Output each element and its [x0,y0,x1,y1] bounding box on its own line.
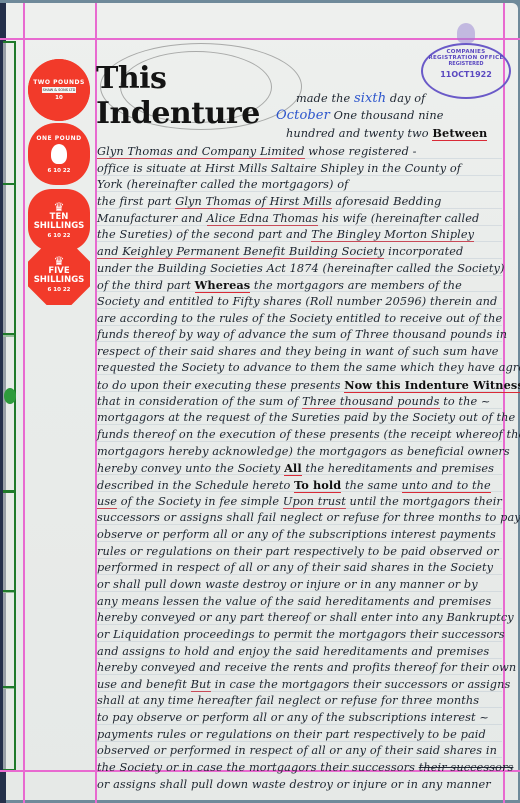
text-span: Glyn Thomas and Company Limited [97,145,305,159]
text-span: observe or perform all or any of the sub… [97,528,496,541]
indenture-page: TWO POUNDS SHAW & SONS LTD 10 ONE POUND … [0,3,518,800]
text-span: October [276,108,330,123]
text-line: of the third part Whereas the mortgagors… [97,278,462,292]
ruled-line [96,724,502,725]
text-line: Society and entitled to Fifty shares (Ro… [97,295,497,308]
margin-rule [23,3,25,800]
text-span: the Sureties) of the second part and [97,228,311,241]
ruled-line [96,374,502,375]
text-span: to pay observe or perform all or any of … [97,711,489,724]
text-span: performed in respect of all or any of th… [97,561,493,574]
text-span: Three thousand pounds [302,395,439,409]
ruled-line [96,441,502,442]
text-line: or shall pull down waste destroy or inju… [97,578,478,591]
ruled-line [96,408,502,409]
ruled-line [96,641,502,642]
text-line: requested the Society to advance to them… [97,361,520,374]
ruled-line [96,624,502,625]
text-line: October One thousand nine [276,108,444,123]
text-span: Society and entitled to Fifty shares (Ro… [97,295,497,308]
text-span: the Society or in case the mortgagors th… [97,761,419,774]
text-span: to the ~ [440,395,491,408]
text-line: or Liquidation proceedings to permit the… [97,628,505,641]
text-span: funds thereof on the execution of these … [97,428,520,441]
text-span: hundred and twenty two [286,127,432,140]
ruled-line [96,191,502,192]
text-span: under the Building Societies Act 1874 (h… [97,262,505,275]
text-span: respect of their said shares and they be… [97,345,499,358]
ruled-line [96,341,502,342]
text-line: rules or regulations on their part respe… [97,545,499,558]
text-line: or assigns shall pull down waste destroy… [97,778,491,791]
text-span: in case the mortgagors their successors … [211,678,510,691]
text-span: mortgagors hereby acknowledge) the mortg… [97,445,510,458]
text-span: hereby conveyed and receive the rents an… [97,661,516,674]
ruled-line [96,241,502,242]
ruled-line [96,691,502,692]
text-span: and Keighley Permanent Benefit Building … [97,245,384,259]
text-line: and assigns to hold and enjoy the said h… [97,645,489,658]
text-line: funds thereof by way of advance the sum … [97,328,507,341]
text-span: York (hereinafter called the mortgagors)… [97,178,348,191]
ruled-line [96,158,502,159]
ruled-line [96,458,502,459]
ruled-line [96,674,502,675]
ruled-line [96,757,502,758]
text-line: any means lessen the value of the said h… [97,595,491,608]
text-span: until the mortgagors their [346,495,502,508]
text-span: requested the Society to advance to them… [97,361,520,374]
ruled-line [96,308,502,309]
text-span: successors or assigns shall fail neglect… [97,511,520,524]
text-span: The Bingley Morton Shipley [311,228,474,242]
text-line: York (hereinafter called the mortgagors)… [97,178,348,191]
text-span: his wife (hereinafter called [318,212,479,225]
text-line: are according to the rules of the Societ… [97,312,502,325]
ruled-line [96,558,502,559]
text-line: hundred and twenty two Between [286,126,487,140]
text-line: shall at any time hereafter fail neglect… [97,694,479,707]
revenue-stamp-five-shillings: ♛ FIVE SHILLINGS 6 10 22 [28,243,90,305]
text-span: rules or regulations on their part respe… [97,545,499,558]
text-span: use and benefit [97,678,191,691]
text-span: of the Society in fee simple [117,495,283,508]
text-span: whose registered - [305,145,417,158]
text-span: mortgagors at the request of the Suretie… [97,411,515,424]
text-line: Manufacturer and Alice Edna Thomas his w… [97,212,479,225]
text-line: described in the Schedule hereto To hold… [97,478,491,492]
text-span: Upon trust [283,495,346,509]
text-span: Glyn Thomas of Hirst Mills [175,195,332,209]
text-span: or shall pull down waste destroy or inju… [97,578,478,591]
text-line: hereby conveyed and receive the rents an… [97,661,516,674]
binding-tape [3,333,16,492]
ruled-line [96,707,502,708]
text-span: made the [296,92,354,105]
text-line: payments rules or regulations on their p… [97,728,486,741]
margin-rule [0,38,520,40]
text-span: Manufacturer and [97,212,207,225]
text-line: made the sixth day of [296,91,425,106]
registration-stamp: COMPANIES REGISTRATION OFFICE REGISTERED… [421,43,511,99]
binding-tape [3,183,16,337]
text-line: respect of their said shares and they be… [97,345,499,358]
ruled-line [96,225,502,226]
ruled-line [96,275,502,276]
ruled-line [96,391,502,392]
revenue-stamp-ten-shillings: ♛ TEN SHILLINGS 6 10 22 [28,189,90,251]
binding-tape [3,491,16,593]
ruled-line [96,574,502,575]
text-span: are according to the rules of the Societ… [97,312,502,325]
text-span: the first part [97,195,175,208]
text-line: to do upon their executing these present… [97,378,520,392]
binding-tape [3,41,16,185]
ruled-line [96,208,502,209]
ruled-line [96,508,502,509]
revenue-stamp-one-pound: ONE POUND 6 10 22 [28,123,90,185]
text-span: shall at any time hereafter fail neglect… [97,694,479,707]
text-span: and assigns to hold and enjoy the said h… [97,645,489,658]
text-line: performed in respect of all or any of th… [97,561,493,574]
text-line: observe or perform all or any of the sub… [97,528,496,541]
text-span: sixth [354,91,386,106]
text-span: hereby conveyed or any part thereof or s… [97,611,514,624]
ruled-line [96,175,502,176]
text-span: Between [432,126,487,141]
text-span: observed or performed in respect of all … [97,744,497,757]
text-span: incorporated [384,245,463,258]
text-span: that in consideration of the sum of [97,395,302,408]
text-span: payments rules or regulations on their p… [97,728,486,741]
text-line: funds thereof on the execution of these … [97,428,520,441]
binding-tape [3,686,16,771]
text-line: to pay observe or perform all or any of … [97,711,489,724]
text-span: One thousand nine [330,109,444,122]
text-line: hereby conveyed or any part thereof or s… [97,611,514,624]
text-span: use [97,495,117,509]
text-span: aforesaid Bedding [332,195,442,208]
text-span: their successors [419,761,514,774]
text-line: office is situate at Hirst Mills Saltair… [97,162,461,175]
text-line: and Keighley Permanent Benefit Building … [97,245,463,258]
text-line: the first part Glyn Thomas of Hirst Mill… [97,195,441,208]
binding-tape [3,590,16,689]
king-head-icon [51,144,67,164]
text-span: funds thereof by way of advance the sum … [97,328,507,341]
document-title: This Indenture [96,61,286,121]
text-line: mortgagors at the request of the Suretie… [97,411,515,424]
text-line: the Society or in case the mortgagors th… [97,761,513,774]
ruled-line [96,424,502,425]
ruled-line [96,524,502,525]
ruled-line [96,291,502,292]
text-line: hereby convey unto the Society All the h… [97,461,494,475]
text-span: or assigns shall pull down waste destroy… [97,778,491,791]
ruled-line [96,591,502,592]
text-span: or Liquidation proceedings to permit the… [97,628,505,641]
text-line: Glyn Thomas and Company Limited whose re… [97,145,417,158]
text-line: use of the Society in fee simple Upon tr… [97,495,502,508]
ruled-line [96,658,502,659]
text-span: any means lessen the value of the said h… [97,595,491,608]
text-line: that in consideration of the sum of Thre… [97,395,490,408]
ruled-line [96,541,502,542]
ruled-line [96,258,502,259]
ruled-line [96,491,502,492]
text-span: day of [386,92,425,105]
ruled-line [96,741,502,742]
ruled-line [96,474,502,475]
ruled-line [96,358,502,359]
crown-icon [457,23,475,43]
ruled-line [96,325,502,326]
revenue-stamp-two-pounds: TWO POUNDS SHAW & SONS LTD 10 [28,59,90,121]
text-line: use and benefit But in case the mortgago… [97,678,510,691]
text-line: successors or assigns shall fail neglect… [97,511,520,524]
text-span: Alice Edna Thomas [207,212,319,226]
text-span: But [191,678,211,692]
ruled-line [96,608,502,609]
green-ribbon [4,388,16,404]
text-line: mortgagors hereby acknowledge) the mortg… [97,445,510,458]
text-span: office is situate at Hirst Mills Saltair… [97,162,461,175]
text-line: the Sureties) of the second part and The… [97,228,474,241]
text-line: observed or performed in respect of all … [97,744,497,757]
text-line: under the Building Societies Act 1874 (h… [97,262,505,275]
